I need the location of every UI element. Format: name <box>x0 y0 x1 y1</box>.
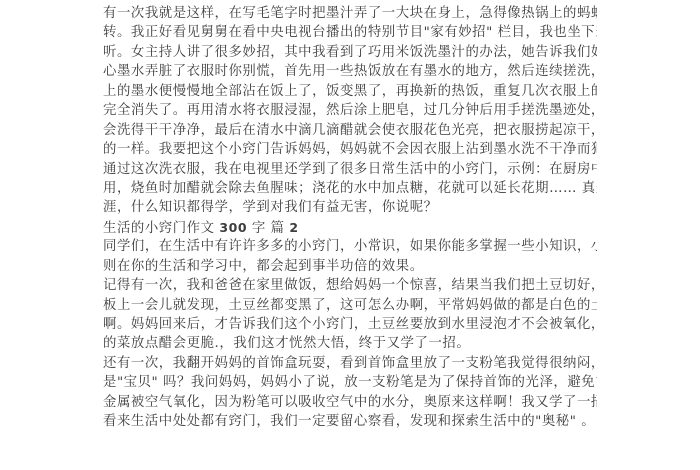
paragraph-line: 记得有一次，我和爸爸在家里做饭，想给妈妈一个惊喜，结果当我们把土豆切好，放在案 <box>103 276 597 295</box>
paragraph-line: 转。我正好看见舅舅在看中央电视台播出的特别节目"家有妙招" 栏目，我也坐下来洗耳… <box>103 23 597 42</box>
paragraph-line: 则在你的生活和学习中，都会起到事半功倍的效果。 <box>103 257 597 276</box>
heading-middle: 字 篇 <box>247 221 289 236</box>
paragraph-line: 的一样。我要把这个小窍门告诉妈妈，妈妈就不会因衣服上沾到墨水洗不干净而犯愁了。 <box>103 140 597 159</box>
paragraph-line: 板上一会儿就发现，土豆丝都变黑了，这可怎么办啊，平常妈妈做的都是白色的土豆丝 <box>103 296 597 315</box>
paragraph-line: 会洗得干干净净，最后在清水中滴几滴醋就会使衣服花色光亮，把衣服捞起凉干，便和新 <box>103 121 597 140</box>
paragraph-line: 听。女主持人讲了很多妙招，其中我看到了巧用米饭洗墨汁的办法，她告诉我们如果不小 <box>103 43 597 62</box>
section-heading: 生活的小窍门作文 300 字 篇 2 <box>103 218 597 237</box>
paragraph-line: 还有一次，我翻开妈妈的首饰盒玩耍，看到首饰盒里放了一支粉笔我觉得很纳闷，粉笔也 <box>103 354 597 373</box>
paragraph-line: 用，烧鱼时加醋就会除去鱼腥味；浇花的水中加点糖，花就可以延长花期…… 真是学海无 <box>103 179 597 198</box>
paragraph-line: 完全消失了。再用清水将衣服浸湿，然后涂上肥皂，过几分钟后用手搓洗墨迹处，这样就 <box>103 101 597 120</box>
paragraph-line: 的菜放点醋会更脆.，我们这才恍然大悟，终于又学了一招。 <box>103 334 597 353</box>
heading-prefix: 生活的小窍门作文 <box>103 221 219 236</box>
paragraph-line: 通过这次洗衣服，我在电视里还学到了很多日常生活中的小窍门，示例：在厨房中醋的妙 <box>103 160 597 179</box>
paragraph-line: 上的墨水便慢慢地全部沾在饭上了，饭变黑了，再换新的热饭，重复几次衣服上的墨迹就 <box>103 82 597 101</box>
paragraph-line: 啊。妈妈回来后，才告诉我们这个小窍门，土豆丝要放到水里浸泡才不会被氧化，炒出来 <box>103 315 597 334</box>
paragraph-line: 金属被空气氧化，因为粉笔可以吸收空气中的水分，奥原来这样啊！我又学了一招！ <box>103 393 597 412</box>
paragraph-line: 涯，什么知识都得学，学到对我们有益无害，你说呢？ <box>103 198 597 217</box>
paragraph-line: 心墨水弄脏了衣服时你别慌，首先用一些热饭放在有墨水的地方，然后连续搓洗，那衣服 <box>103 62 597 81</box>
heading-index: 2 <box>289 220 298 235</box>
paragraph-line: 是"宝贝" 吗？我问妈妈，妈妈小了说，放一支粉笔是为了保持首饰的光泽，避免首饰上… <box>103 373 597 392</box>
paragraph-line: 有一次我就是这样，在写毛笔字时把墨汁弄了一大块在身上，急得像热锅上的蚂蚁团团 <box>103 4 597 23</box>
document-page: 有一次我就是这样，在写毛笔字时把墨汁弄了一大块在身上，急得像热锅上的蚂蚁团团 转… <box>103 4 597 432</box>
paragraph-line: 看来生活中处处都有窍门，我们一定要留心察看，发现和探索生活中的"奥秘" 。 <box>103 412 597 431</box>
heading-word-count: 300 <box>219 220 247 235</box>
paragraph-line: 同学们，在生活中有许许多多的小窍门，小常识，如果你能多掌握一些小知识，小技能， <box>103 237 597 256</box>
